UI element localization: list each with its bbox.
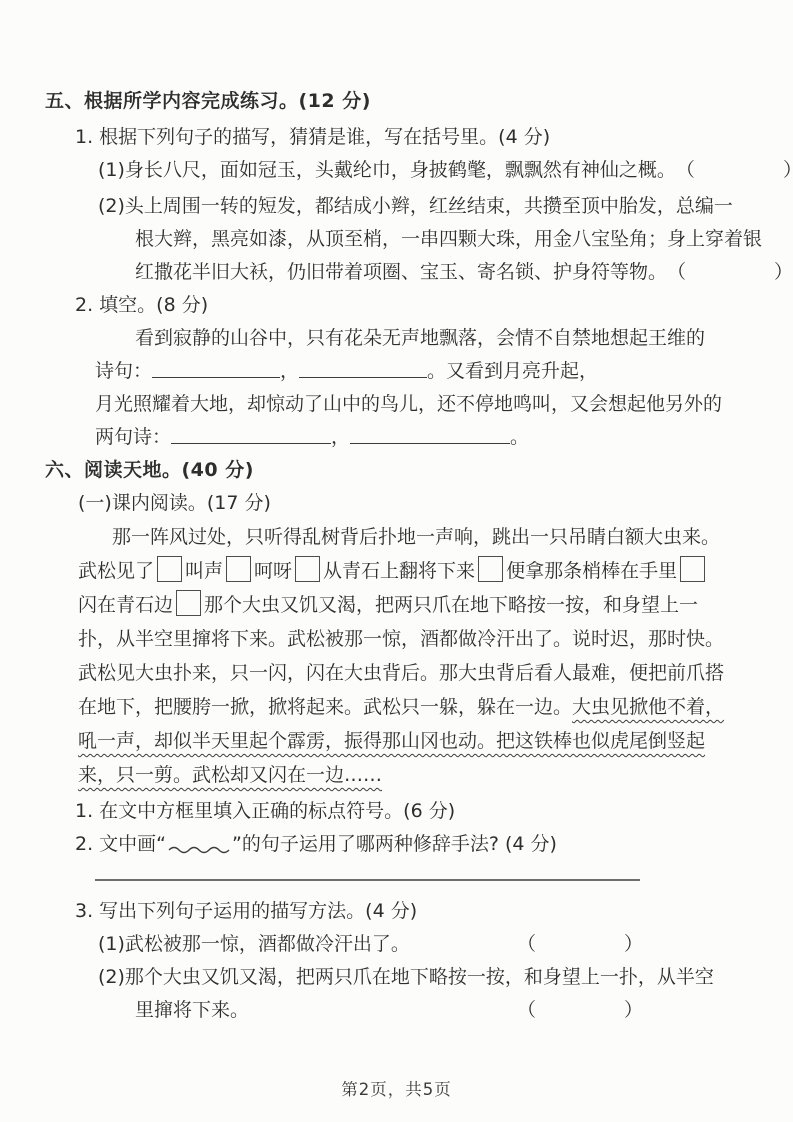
- punctuation-box: [478, 556, 503, 582]
- fill-suffix: 。: [510, 426, 529, 448]
- fill-suffix: 。又看到月亮升起，: [427, 360, 598, 382]
- bracket-close: ）: [624, 928, 643, 961]
- answer-blank: [152, 373, 280, 378]
- section5-q1-label: 1. 根据下列句子的描写，猜猜是谁，写在括号里。(4 分): [75, 121, 713, 154]
- answer-bracket: （ ）: [517, 994, 643, 1027]
- page-footer: 第2页，共5页: [0, 1076, 793, 1100]
- section6-subtitle: (一)课内阅读。(17 分): [78, 487, 713, 520]
- bracket-close: ）: [774, 256, 793, 289]
- bracket-open: （: [517, 994, 536, 1027]
- exam-page: 五、根据所学内容完成练习。(12 分) 1. 根据下列句子的描写，猜猜是谁，写在…: [0, 0, 793, 1122]
- passage-text: 武松见了: [78, 560, 154, 582]
- punctuation-box: [226, 556, 251, 582]
- fill-in-line3: 月光照耀着大地，却惊动了山中的鸟儿，还不停地鸣叫，又会想起他另外的: [95, 388, 713, 421]
- q2-suffix: ”的句子运用了哪两种修辞手法? (4 分): [232, 833, 557, 855]
- fill-comma: ，: [280, 360, 299, 382]
- wavy-line-icon: [168, 844, 230, 856]
- punctuation-box: [680, 556, 705, 582]
- fill-in-line2: 诗句：，。又看到月亮升起，: [95, 355, 713, 388]
- passage-line: 那一阵风过处，只听得乱树背后扑地一声响，跳出一只吊睛白额大虫来。: [112, 520, 713, 554]
- bracket-close: ）: [783, 154, 793, 187]
- passage-line-with-boxes: 武松见了叫声呵呀从青石上翻将下来便拿那条梢棒在手里: [78, 554, 713, 588]
- fill-prefix: 两句诗：: [95, 426, 171, 448]
- passage-text: 闪在青石边: [78, 594, 173, 616]
- bracket-close: ）: [624, 994, 643, 1027]
- section6-q3-label: 3. 写出下列句子运用的描写方法。(4 分): [75, 895, 713, 928]
- answer-bracket: （ ）: [517, 928, 643, 961]
- bracket-open: （: [676, 154, 695, 187]
- passage-text: 叫声: [185, 560, 223, 582]
- answer-bracket: （ ）: [667, 256, 793, 289]
- punctuation-box: [157, 556, 182, 582]
- punctuation-box: [295, 556, 320, 582]
- passage-text: 从青石上翻将下来: [323, 560, 475, 582]
- section5-q1-item1: (1)身长八尺，面如冠玉，头戴纶巾，身披鹤氅，飘飘然有神仙之概。 （ ）: [98, 154, 713, 187]
- fill-in-line4: 两句诗：，。: [95, 421, 713, 454]
- answer-blank: [299, 373, 427, 378]
- passage-text: 在地下，把腰胯一掀，掀将起来。武松只一躲，躲在一边。: [78, 696, 572, 718]
- answer-blank: [350, 439, 510, 444]
- passage-line: 吼一声，却似半天里起个霹雳，振得那山冈也动。把这铁棒也似虎尾倒竖起: [78, 724, 713, 758]
- answer-bracket: （ ）: [676, 154, 793, 187]
- reading-passage: 那一阵风过处，只听得乱树背后扑地一声响，跳出一只吊睛白额大虫来。 武松见了叫声呵…: [45, 520, 713, 792]
- fill-in-line1: 看到寂静的山谷中，只有花朵无声地飘落，会情不自禁地想起王维的: [135, 322, 713, 355]
- section6-q1-label: 1. 在文中方框里填入正确的标点符号。(6 分): [75, 795, 713, 828]
- section6-q3-item2-line2: 里撺将下来。 （ ）: [135, 994, 713, 1027]
- punctuation-box: [176, 590, 201, 616]
- section6-q3-item2-line1: (2)那个大虫又饥又渴，把两只爪在地下略按一按，和身望上一扑，从半空: [98, 961, 713, 994]
- passage-line: 来，只一剪。武松却又闪在一边……: [78, 758, 713, 792]
- fill-prefix: 诗句：: [95, 360, 152, 382]
- passage-text: 便拿那条梢棒在手里: [506, 560, 677, 582]
- passage-text-wavy-underlined: 大虫见掀他不着，: [572, 696, 724, 718]
- q2-prefix: 2. 文中画“: [75, 833, 166, 855]
- passage-text: 那个大虫又饥又渴，把两只爪在地下略按一按，和身望上一: [204, 594, 698, 616]
- section6-q3-item1: (1)武松被那一惊，酒都做冷汗出了。 （ ）: [98, 928, 713, 961]
- bracket-open: （: [517, 928, 536, 961]
- passage-line: 扑，从半空里撺将下来。武松被那一惊，酒都做冷汗出了。说时迟，那时快。: [78, 622, 713, 656]
- passage-text: 呵呀: [254, 560, 292, 582]
- item-text: (1)身长八尺，面如冠玉，头戴纶巾，身披鹤氅，飘飘然有神仙之概。: [98, 154, 676, 187]
- passage-text-wavy-underlined: 来，只一剪。武松却又闪在一边……: [78, 764, 382, 786]
- passage-line: 在地下，把腰胯一掀，掀将起来。武松只一躲，躲在一边。大虫见掀他不着，: [78, 690, 713, 724]
- answer-blank: [171, 439, 331, 444]
- section5-q1-item2-line2: 根大辫，黑亮如漆，从顶至梢，一串四颗大珠，用金八宝坠角；身上穿着银: [135, 223, 713, 256]
- passage-text-wavy-underlined: 吼一声，却似半天里起个霹雳，振得那山冈也动。把这铁棒也似虎尾倒竖起: [78, 730, 705, 752]
- section5-q1-item2-line3: 红撒花半旧大袄，仍旧带着项圈、宝玉、寄名锁、护身符等物。 （ ）: [135, 256, 713, 289]
- passage-line: 武松见大虫扑来，只一闪，闪在大虫背后。那大虫背后看人最难，便把前爪搭: [78, 656, 713, 690]
- item-text: (1)武松被那一惊，酒都做冷汗出了。: [98, 928, 410, 961]
- item-text: 红撒花半旧大袄，仍旧带着项圈、宝玉、寄名锁、护身符等物。: [135, 256, 667, 289]
- passage-line-with-boxes: 闪在青石边那个大虫又饥又渴，把两只爪在地下略按一按，和身望上一: [78, 588, 713, 622]
- section5-q2-label: 2. 填空。(8 分): [75, 289, 713, 322]
- section6-q2-label: 2. 文中画“”的句子运用了哪两种修辞手法? (4 分): [75, 828, 713, 861]
- bracket-open: （: [667, 256, 686, 289]
- answer-line: [95, 879, 640, 881]
- fill-comma: ，: [331, 426, 350, 448]
- section-five-title: 五、根据所学内容完成练习。(12 分): [45, 85, 713, 118]
- section-six-title: 六、阅读天地。(40 分): [45, 454, 713, 487]
- section5-q1-item2-line1: (2)头上周围一转的短发，都结成小辫，红丝结束，共攒至顶中胎发，总编一: [98, 190, 713, 223]
- item-text: 里撺将下来。: [135, 994, 249, 1027]
